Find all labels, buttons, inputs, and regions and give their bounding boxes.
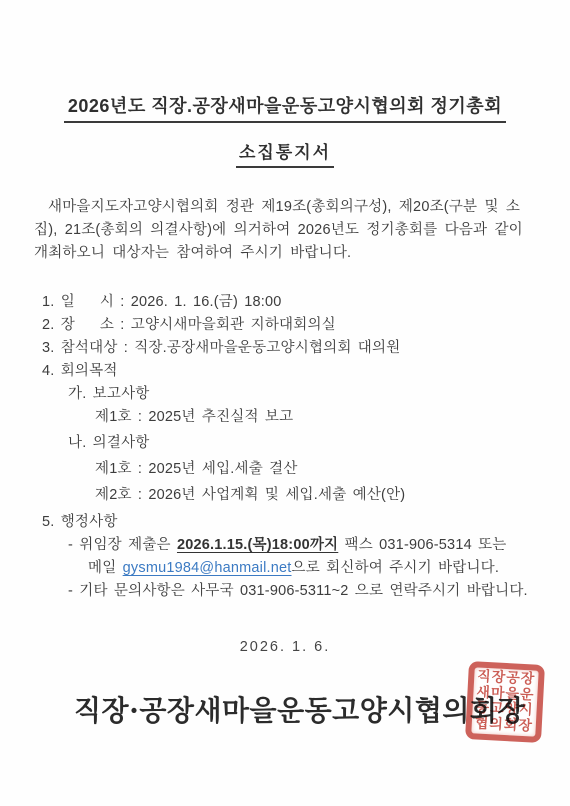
- scanned-notice-document: 2026년도 직장.공장새마을운동고양시협의회 정기총회 소집통지서 새마을지도…: [0, 0, 570, 806]
- list-subitem-resolution: 나. 의결사항: [68, 432, 550, 455]
- list-subitem-resolution-1: 제1호 : 2025년 세입.세출 결산: [95, 458, 550, 481]
- admin-email-suffix: 으로 회신하여 주시기 바랍니다.: [292, 560, 500, 576]
- signature-title: 직장·공장새마을운동고양시협의회장: [74, 689, 525, 729]
- signature-row: 직장·공장새마을운동고양시협의회장 직장공장새마을운동고양시협의회장: [0, 663, 570, 793]
- list-item-attendees: 3. 참석대상 : 직장.공장새마을운동고양시협의회 대의원: [42, 337, 550, 360]
- issue-date: 2026. 1. 6.: [0, 639, 570, 655]
- admin-section: 5. 행정사항 - 위임장 제출은 2026.1.15.(목)18:00까지 팩…: [42, 511, 550, 603]
- list-subitem-report: 가. 보고사항: [68, 383, 550, 406]
- admin-contact-line: - 기타 문의사항은 사무국 031-906-5311~2 으로 연락주시기 바…: [68, 580, 550, 603]
- list-subitem-resolution-2: 제2호 : 2026년 사업계획 및 세입.세출 예산(안): [95, 484, 550, 507]
- list-item-venue: 2. 장 소 : 고양시새마을회관 지하대회의실: [42, 314, 550, 337]
- admin-proxy-prefix: - 위임장 제출은: [68, 537, 177, 553]
- admin-email-line: 메일 gysmu1984@hanmail.net으로 회신하여 주시기 바랍니다…: [88, 557, 550, 580]
- list-subitem-report-1: 제1호 : 2025년 추진실적 보고: [95, 406, 550, 429]
- admin-heading: 5. 행정사항: [42, 511, 550, 534]
- admin-proxy-suffix: 팩스 031-906-5314 또는: [338, 537, 506, 553]
- agenda-list: 1. 일 시 : 2026. 1. 16.(금) 18:00 2. 장 소 : …: [42, 291, 550, 603]
- list-item-datetime: 1. 일 시 : 2026. 1. 16.(금) 18:00: [42, 291, 550, 314]
- email-link[interactable]: gysmu1984@hanmail.net: [123, 560, 292, 576]
- list-item-purpose: 4. 회의목적: [42, 360, 550, 383]
- admin-proxy-line: - 위임장 제출은 2026.1.15.(목)18:00까지 팩스 031-90…: [68, 534, 550, 557]
- intro-paragraph: 새마을지도자고양시협의회 정관 제19조(총회의구성), 제20조(구분 및 소…: [34, 196, 540, 265]
- document-subtitle: 소집통지서: [236, 138, 334, 168]
- seal-text: 직장공장새마을운동고양시협의회장: [472, 669, 537, 734]
- admin-email-prefix: 메일: [88, 560, 123, 576]
- title-block: 2026년도 직장.공장새마을운동고양시협의회 정기총회 소집통지서: [0, 92, 570, 168]
- official-seal-stamp: 직장공장새마을운동고양시협의회장: [465, 661, 545, 743]
- proxy-deadline: 2026.1.15.(목)18:00까지: [177, 537, 338, 553]
- document-title: 2026년도 직장.공장새마을운동고양시협의회 정기총회: [64, 92, 506, 123]
